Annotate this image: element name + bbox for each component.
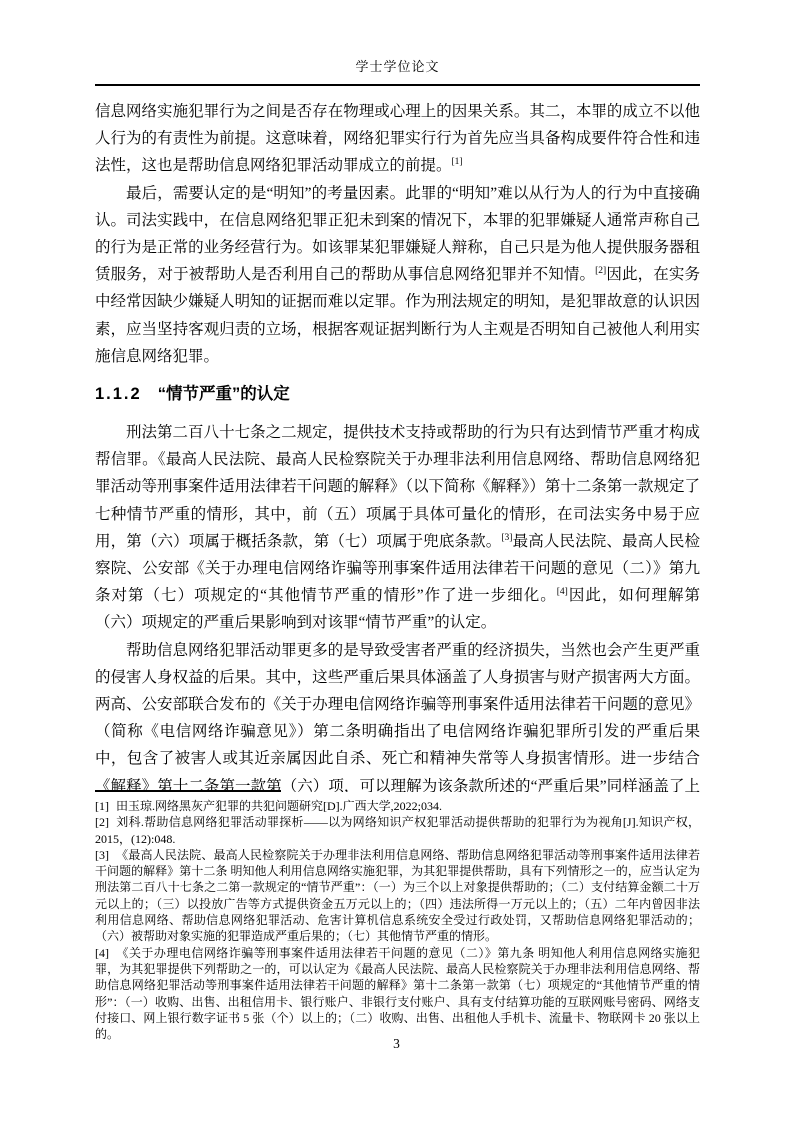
document-body: 信息网络实施犯罪行为之间是否存在物理或心理上的因果关系。其二，本罪的成立不以他人…: [95, 98, 700, 792]
footnote-text: 田玉琼.网络黑灰产犯罪的共犯问题研究[D].广西大学,2022;034.: [116, 799, 442, 813]
section-heading-number: 1.1.2: [95, 385, 142, 403]
footnote-marker: [2]: [95, 815, 116, 829]
footnote-ref-2: [2]: [595, 266, 606, 276]
footnote-ref-1: [1]: [452, 157, 463, 167]
footnote-text: 《关于办理电信网络诈骗等刑事案件适用法律若干问题的意见（二）》第九条 明知他人利…: [95, 946, 700, 1041]
footnote-marker: [4]: [95, 946, 116, 960]
running-header-title: 学士学位论文: [355, 59, 439, 74]
section-heading-1-1-2: 1.1.2“情节严重”的认定: [95, 382, 700, 406]
body-paragraph-4: 帮助信息网络犯罪活动罪更多的是导致受害者严重的经济损失，当然也会产生更严重的侵害…: [95, 637, 700, 792]
body-paragraph-2: 最后，需要认定的是“明知”的考量因素。此罪的“明知”难以从行为人的行为中直接确认…: [95, 180, 700, 370]
footnote-item-3: [3]《最高人民法院、最高人民检察院关于办理非法利用信息网络、帮助信息网络犯罪活…: [95, 847, 700, 945]
footnote-ref-4: [4]: [557, 587, 568, 597]
footnote-marker: [3]: [95, 848, 116, 862]
body-paragraph-1: 信息网络实施犯罪行为之间是否存在物理或心理上的因果关系。其二，本罪的成立不以他人…: [95, 98, 700, 180]
running-header: 学士学位论文: [95, 60, 700, 86]
footnote-text: 《最高人民法院、最高人民检察院关于办理非法利用信息网络、帮助信息网络犯罪活动等刑…: [95, 848, 700, 943]
footnote-text: 刘科.帮助信息网络犯罪活动罪探析——以为网络知识产权犯罪活动提供帮助的犯罪行为为…: [95, 815, 700, 845]
footnote-item-1: [1]田玉琼.网络黑灰产犯罪的共犯问题研究[D].广西大学,2022;034.: [95, 798, 700, 814]
footnote-separator-rule: [95, 790, 281, 792]
footnote-marker: [1]: [95, 799, 116, 813]
page-number: 3: [0, 1036, 793, 1052]
footnote-area: [1]田玉琼.网络黑灰产犯罪的共犯问题研究[D].广西大学,2022;034. …: [95, 790, 700, 1042]
section-heading-title: “情节严重”的认定: [158, 385, 290, 403]
footnote-ref-3: [3]: [501, 533, 512, 543]
thesis-page: 学士学位论文 信息网络实施犯罪行为之间是否存在物理或心理上的因果关系。其二，本罪…: [0, 0, 793, 1122]
paragraph-text: 刑法第二百八十七条之二规定，提供技术支持或帮助的行为只有达到情节严重才构成帮信罪…: [95, 424, 700, 550]
paragraph-text: 帮助信息网络犯罪活动罪更多的是导致受害者严重的经济损失，当然也会产生更严重的侵害…: [95, 642, 700, 792]
footnote-item-4: [4]《关于办理电信网络诈骗等刑事案件适用法律若干问题的意见（二）》第九条 明知…: [95, 945, 700, 1043]
body-paragraph-3: 刑法第二百八十七条之二规定，提供技术支持或帮助的行为只有达到情节严重才构成帮信罪…: [95, 419, 700, 637]
footnote-item-2: [2]刘科.帮助信息网络犯罪活动罪探析——以为网络知识产权犯罪活动提供帮助的犯罪…: [95, 814, 700, 847]
paragraph-text: 信息网络实施犯罪行为之间是否存在物理或心理上的因果关系。其二，本罪的成立不以他人…: [95, 103, 700, 174]
